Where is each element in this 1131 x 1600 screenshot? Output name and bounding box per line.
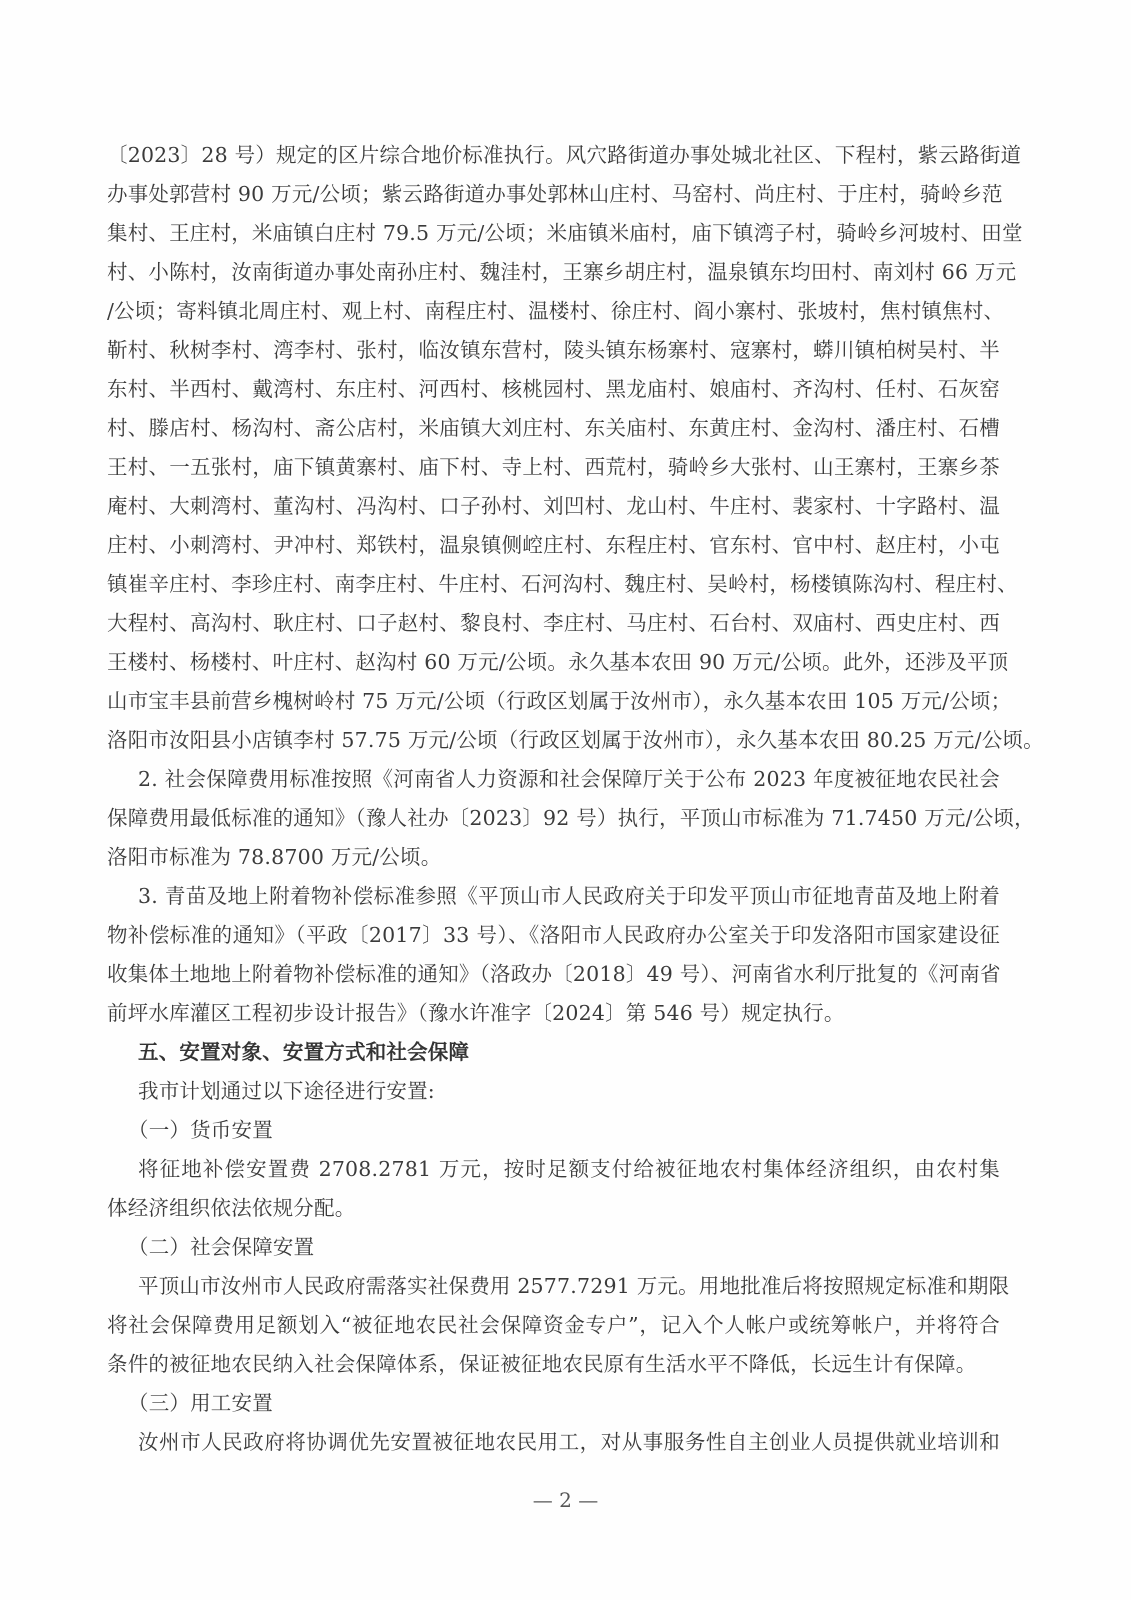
section-heading: 五、安置对象、安置方式和社会保障 (138, 1037, 1000, 1067)
paragraph-2-line: 保障费用最低标准的通知》（豫人社办〔2023〕92 号）执行，平顶山市标准为 7… (107, 803, 1000, 833)
paragraph-1-line: 山市宝丰县前营乡槐树岭村 75 万元/公顷（行政区划属于汝州市），永久基本农田 … (107, 686, 1000, 716)
paragraph-1-line: 庄村、小刺湾村、尹冲村、郑铁村，温泉镇侧崆庄村、东程庄村、官东村、官中村、赵庄村… (107, 530, 1000, 560)
paragraph-1-line: 王村、一五张村，庙下镇黄寨村、庙下村、寺上村、西荒村，骑岭乡大张村、山王寨村，王… (107, 452, 1000, 482)
paragraph-2-line: 2. 社会保障费用标准按照《河南省人力资源和社会保障厅关于公布 2023 年度被… (138, 764, 1000, 794)
paragraph-1-line: 集村、王庄村，米庙镇白庄村 79.5 万元/公顷；米庙镇米庙村，庙下镇湾子村，骑… (107, 218, 1000, 248)
paragraph-1-line: 王楼村、杨楼村、叶庄村、赵沟村 60 万元/公顷。永久基本农田 90 万元/公顷… (107, 647, 1000, 677)
paragraph-1-line: 〔2023〕28 号）规定的区片综合地价标准执行。风穴路街道办事处城北社区、下程… (107, 140, 1000, 170)
paragraph-1-line: 大程村、高沟村、耿庄村、口子赵村、黎良村、李庄村、马庄村、石台村、双庙村、西史庄… (107, 608, 1000, 638)
subsection-2-line: 条件的被征地农民纳入社会保障体系，保证被征地农民原有生活水平不降低，长远生计有保… (107, 1349, 1000, 1379)
paragraph-1-line: 办事处郭营村 90 万元/公顷；紫云路街道办事处郭林山庄村、马窑村、尚庄村、于庄… (107, 179, 1000, 209)
section-intro: 我市计划通过以下途径进行安置: (138, 1076, 1000, 1106)
paragraph-1-line: 镇崔辛庄村、李珍庄村、南李庄村、牛庄村、石河沟村、魏庄村、吴岭村，杨楼镇陈沟村、… (107, 569, 1000, 599)
paragraph-1-line: 庵村、大刺湾村、董沟村、冯沟村、口子孙村、刘凹村、龙山村、牛庄村、裴家村、十字路… (107, 491, 1000, 521)
document-page: 〔2023〕28 号）规定的区片综合地价标准执行。风穴路街道办事处城北社区、下程… (0, 0, 1131, 1600)
paragraph-3-line: 物补偿标准的通知》（平政〔2017〕33 号）、《洛阳市人民政府办公室关于印发洛… (107, 920, 1000, 950)
subsection-2-line: 将社会保障费用足额划入“被征地农民社会保障资金专户”，记入个人帐户或统筹帐户，并… (107, 1310, 1000, 1340)
paragraph-1-line: 靳村、秋树李村、湾李村、张村，临汝镇东营村，陵头镇东杨寨村、寇寨村，蟒川镇柏树吴… (107, 335, 1000, 365)
paragraph-1-line: 村、滕店村、杨沟村、斋公店村，米庙镇大刘庄村、东关庙村、东黄庄村、金沟村、潘庄村… (107, 413, 1000, 443)
paragraph-3-line: 前坪水库灌区工程初步设计报告》（豫水许准字〔2024〕第 546 号）规定执行。 (107, 998, 1000, 1028)
paragraph-1-line: 东村、半西村、戴湾村、东庄村、河西村、核桃园村、黑龙庙村、娘庙村、齐沟村、任村、… (107, 374, 1000, 404)
subsection-heading: （一）货币安置 (128, 1115, 1021, 1145)
paragraph-1-line: 洛阳市汝阳县小店镇李村 57.75 万元/公顷（行政区划属于汝州市），永久基本农… (107, 725, 1000, 755)
subsection-heading: （三）用工安置 (128, 1388, 1021, 1418)
subsection-2-line: 平顶山市汝州市人民政府需落实社保费用 2577.7291 万元。用地批准后将按照… (138, 1271, 1000, 1301)
subsection-heading: （二）社会保障安置 (128, 1232, 1021, 1262)
paragraph-3-line: 收集体土地地上附着物补偿标准的通知》（洛政办〔2018〕49 号）、河南省水利厅… (107, 959, 1000, 989)
paragraph-2-line: 洛阳市标准为 78.8700 万元/公顷。 (107, 842, 1000, 872)
page-number: — 2 — (0, 1488, 1131, 1512)
paragraph-1-line: /公顷；寄料镇北周庄村、观上村、南程庄村、温楼村、徐庄村、阎小寨村、张坡村，焦村… (107, 296, 1000, 326)
subsection-3-line: 汝州市人民政府将协调优先安置被征地农民用工，对从事服务性自主创业人员提供就业培训… (138, 1427, 1000, 1457)
subsection-1-line: 体经济组织依法依规分配。 (107, 1193, 1000, 1223)
subsection-1-line: 将征地补偿安置费 2708.2781 万元，按时足额支付给被征地农村集体经济组织… (138, 1154, 1000, 1184)
paragraph-1-line: 村、小陈村，汝南街道办事处南孙庄村、魏洼村，王寨乡胡庄村，温泉镇东均田村、南刘村… (107, 257, 1000, 287)
paragraph-3-line: 3. 青苗及地上附着物补偿标准参照《平顶山市人民政府关于印发平顶山市征地青苗及地… (138, 881, 1000, 911)
